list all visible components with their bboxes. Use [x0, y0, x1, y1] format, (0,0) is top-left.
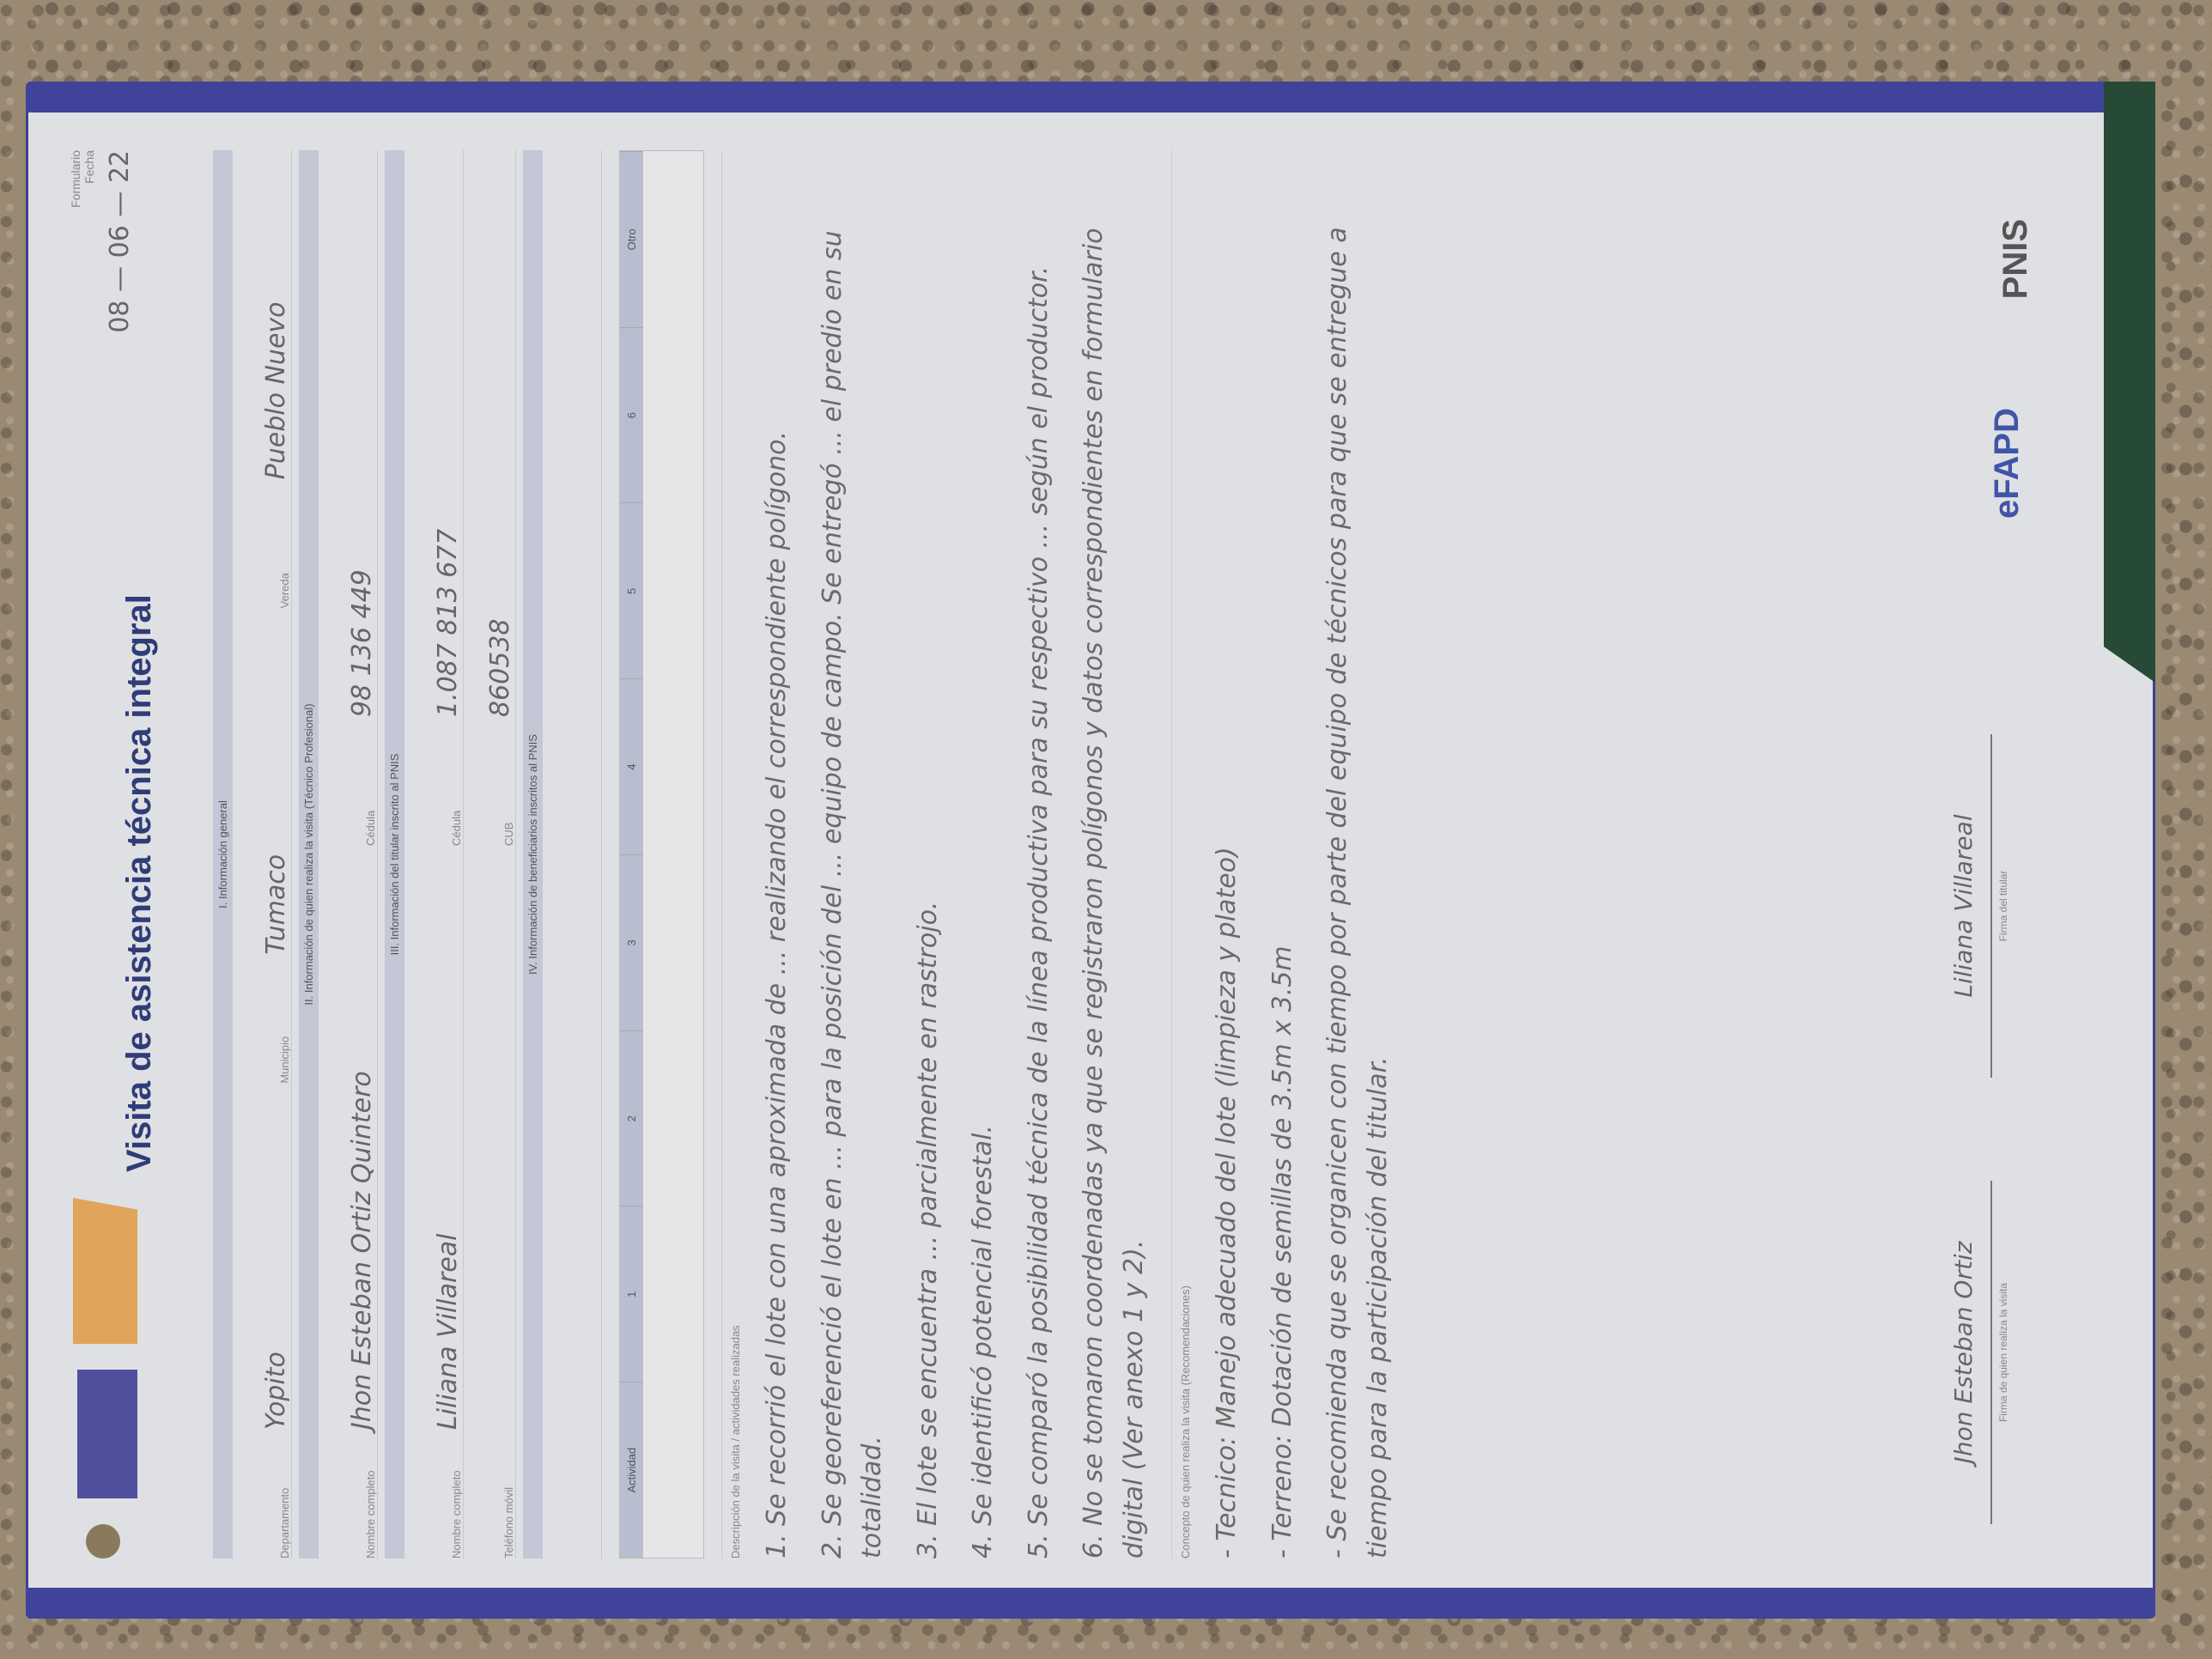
beneficiary-name-label: Nombre completo — [450, 1447, 463, 1559]
table-header-cell: 1 — [620, 1206, 643, 1382]
visitor-signature-label: Firma de quien realiza la visita — [1997, 1283, 2009, 1422]
recommendation-item: - Terreno: Dotación de semillas de 3.5m … — [1263, 150, 1303, 1559]
description-item: 5. Se comparó la posibilidad técnica de … — [1019, 150, 1060, 1559]
section-general: I. Información general — [213, 150, 233, 1559]
visitor-cedula-label: Cédula — [364, 734, 377, 846]
beneficiary-signature[interactable]: Liliana Villareal Firma del titular — [1990, 734, 2009, 1078]
recommendations-title: Concepto de quien realiza la visita (Rec… — [1171, 150, 1192, 1559]
table-header-cell: 6 — [620, 327, 643, 503]
section-visitor: II. Información de quien realiza la visi… — [299, 150, 319, 1559]
municipio-label: Municipio — [278, 972, 291, 1084]
phone-label: Teléfono móvil — [502, 1447, 515, 1559]
recommendations-body: - Tecnico: Manejo adecuado del lote (lim… — [1207, 150, 1398, 1559]
table-header-cell: 4 — [620, 678, 643, 854]
beneficiary-cedula-field[interactable]: 1.087 813 677 — [433, 150, 463, 717]
description-body: 1. Se recorrió el lote con una aproximad… — [757, 150, 1154, 1559]
visitor-signature-name: Jhon Esteban Ortiz — [1949, 1181, 1978, 1524]
vereda-field[interactable]: Pueblo Nuevo — [261, 150, 291, 479]
vereda-label: Vereda — [278, 496, 291, 608]
cub-label: CUB — [502, 734, 515, 846]
table-header-cell: 3 — [620, 854, 643, 1030]
form-title: Visita de asistencia técnica integral — [120, 359, 159, 1172]
description-item: 6. No se tomaron coordenadas ya que se r… — [1074, 150, 1154, 1559]
pnis-logo: PNIS — [1996, 219, 2035, 299]
visitor-cedula-field[interactable]: 98 136 449 — [347, 150, 377, 717]
description-item: 2. Se georeferenció el lote en ... para … — [813, 150, 893, 1559]
fecha-label: Fecha — [82, 150, 96, 184]
description-item: 1. Se recorrió el lote con una aproximad… — [757, 150, 798, 1559]
activities-table-header: Actividad123456Otro — [620, 151, 643, 1558]
visitor-name-field[interactable]: Jhon Esteban Ortiz Quintero — [347, 863, 377, 1430]
form-page: Visita de asistencia técnica integral Fo… — [69, 150, 2104, 1559]
activities-table-body — [643, 151, 703, 1558]
section-beneficiary: III. Información del titular inscrito al… — [385, 150, 404, 1559]
description-title: Descripción de la visita / actividades r… — [721, 150, 742, 1559]
table-header-cell: Otro — [620, 151, 643, 327]
table-header-cell: 2 — [620, 1030, 643, 1206]
form-sheet: Visita de asistencia técnica integral Fo… — [26, 82, 2155, 1619]
cub-field[interactable]: 860538 — [485, 150, 515, 717]
formulario-label: Formulario — [69, 150, 82, 208]
beneficiary-cedula-label: Cédula — [450, 734, 463, 846]
beneficiaries-row — [550, 150, 602, 1559]
recommendation-item: - Se recomienda que se organicen con tie… — [1318, 150, 1398, 1559]
green-footer-band — [2104, 82, 2155, 683]
municipio-field[interactable]: Tumaco — [261, 625, 291, 954]
table-header-cell: Actividad — [620, 1382, 643, 1558]
efpad-logo: eFAPD — [1988, 408, 2027, 519]
departamento-field[interactable]: Yopito — [261, 1101, 291, 1430]
activities-table: Actividad123456Otro — [619, 150, 704, 1559]
program-banner — [73, 1198, 137, 1344]
form-footer: Jhon Esteban Ortiz Firma de quien realiz… — [1846, 150, 2104, 1559]
description-item: 4. Se identificó potencial forestal. — [963, 150, 1004, 1559]
general-row: Departamento Yopito Municipio Tumaco Ver… — [240, 150, 292, 1559]
coat-of-arms-icon — [86, 1524, 120, 1559]
fecha-value[interactable]: 08 — 06 — 22 — [105, 150, 135, 333]
date-block: Formulario Fecha 08 — 06 — 22 — [69, 150, 135, 333]
recommendation-item: - Tecnico: Manejo adecuado del lote (lim… — [1207, 150, 1248, 1559]
government-logo — [77, 1370, 137, 1498]
beneficiary-signature-name: Liliana Villareal — [1949, 734, 1978, 1078]
table-header-cell: 5 — [620, 503, 643, 679]
beneficiary-signature-label: Firma del titular — [1997, 871, 2009, 942]
description-item: 3. El lote se encuentra ... parcialmente… — [908, 150, 949, 1559]
form-header: Visita de asistencia técnica integral Fo… — [69, 150, 206, 1559]
beneficiary-name-field[interactable]: Liliana Villareal — [433, 863, 463, 1430]
visitor-row: Nombre completo Jhon Esteban Ortiz Quint… — [325, 150, 378, 1559]
visitor-name-label: Nombre completo — [364, 1447, 377, 1559]
section-beneficiaries: IV. Información de beneficiarios inscrit… — [523, 150, 543, 1559]
beneficiary-row-2: Teléfono móvil CUB 860538 — [464, 150, 516, 1559]
departamento-label: Departamento — [278, 1447, 291, 1559]
beneficiary-row: Nombre completo Liliana Villareal Cédula… — [411, 150, 464, 1559]
visitor-signature[interactable]: Jhon Esteban Ortiz Firma de quien realiz… — [1990, 1181, 2009, 1524]
photo-frame: Visita de asistencia técnica integral Fo… — [26, 82, 2172, 1619]
